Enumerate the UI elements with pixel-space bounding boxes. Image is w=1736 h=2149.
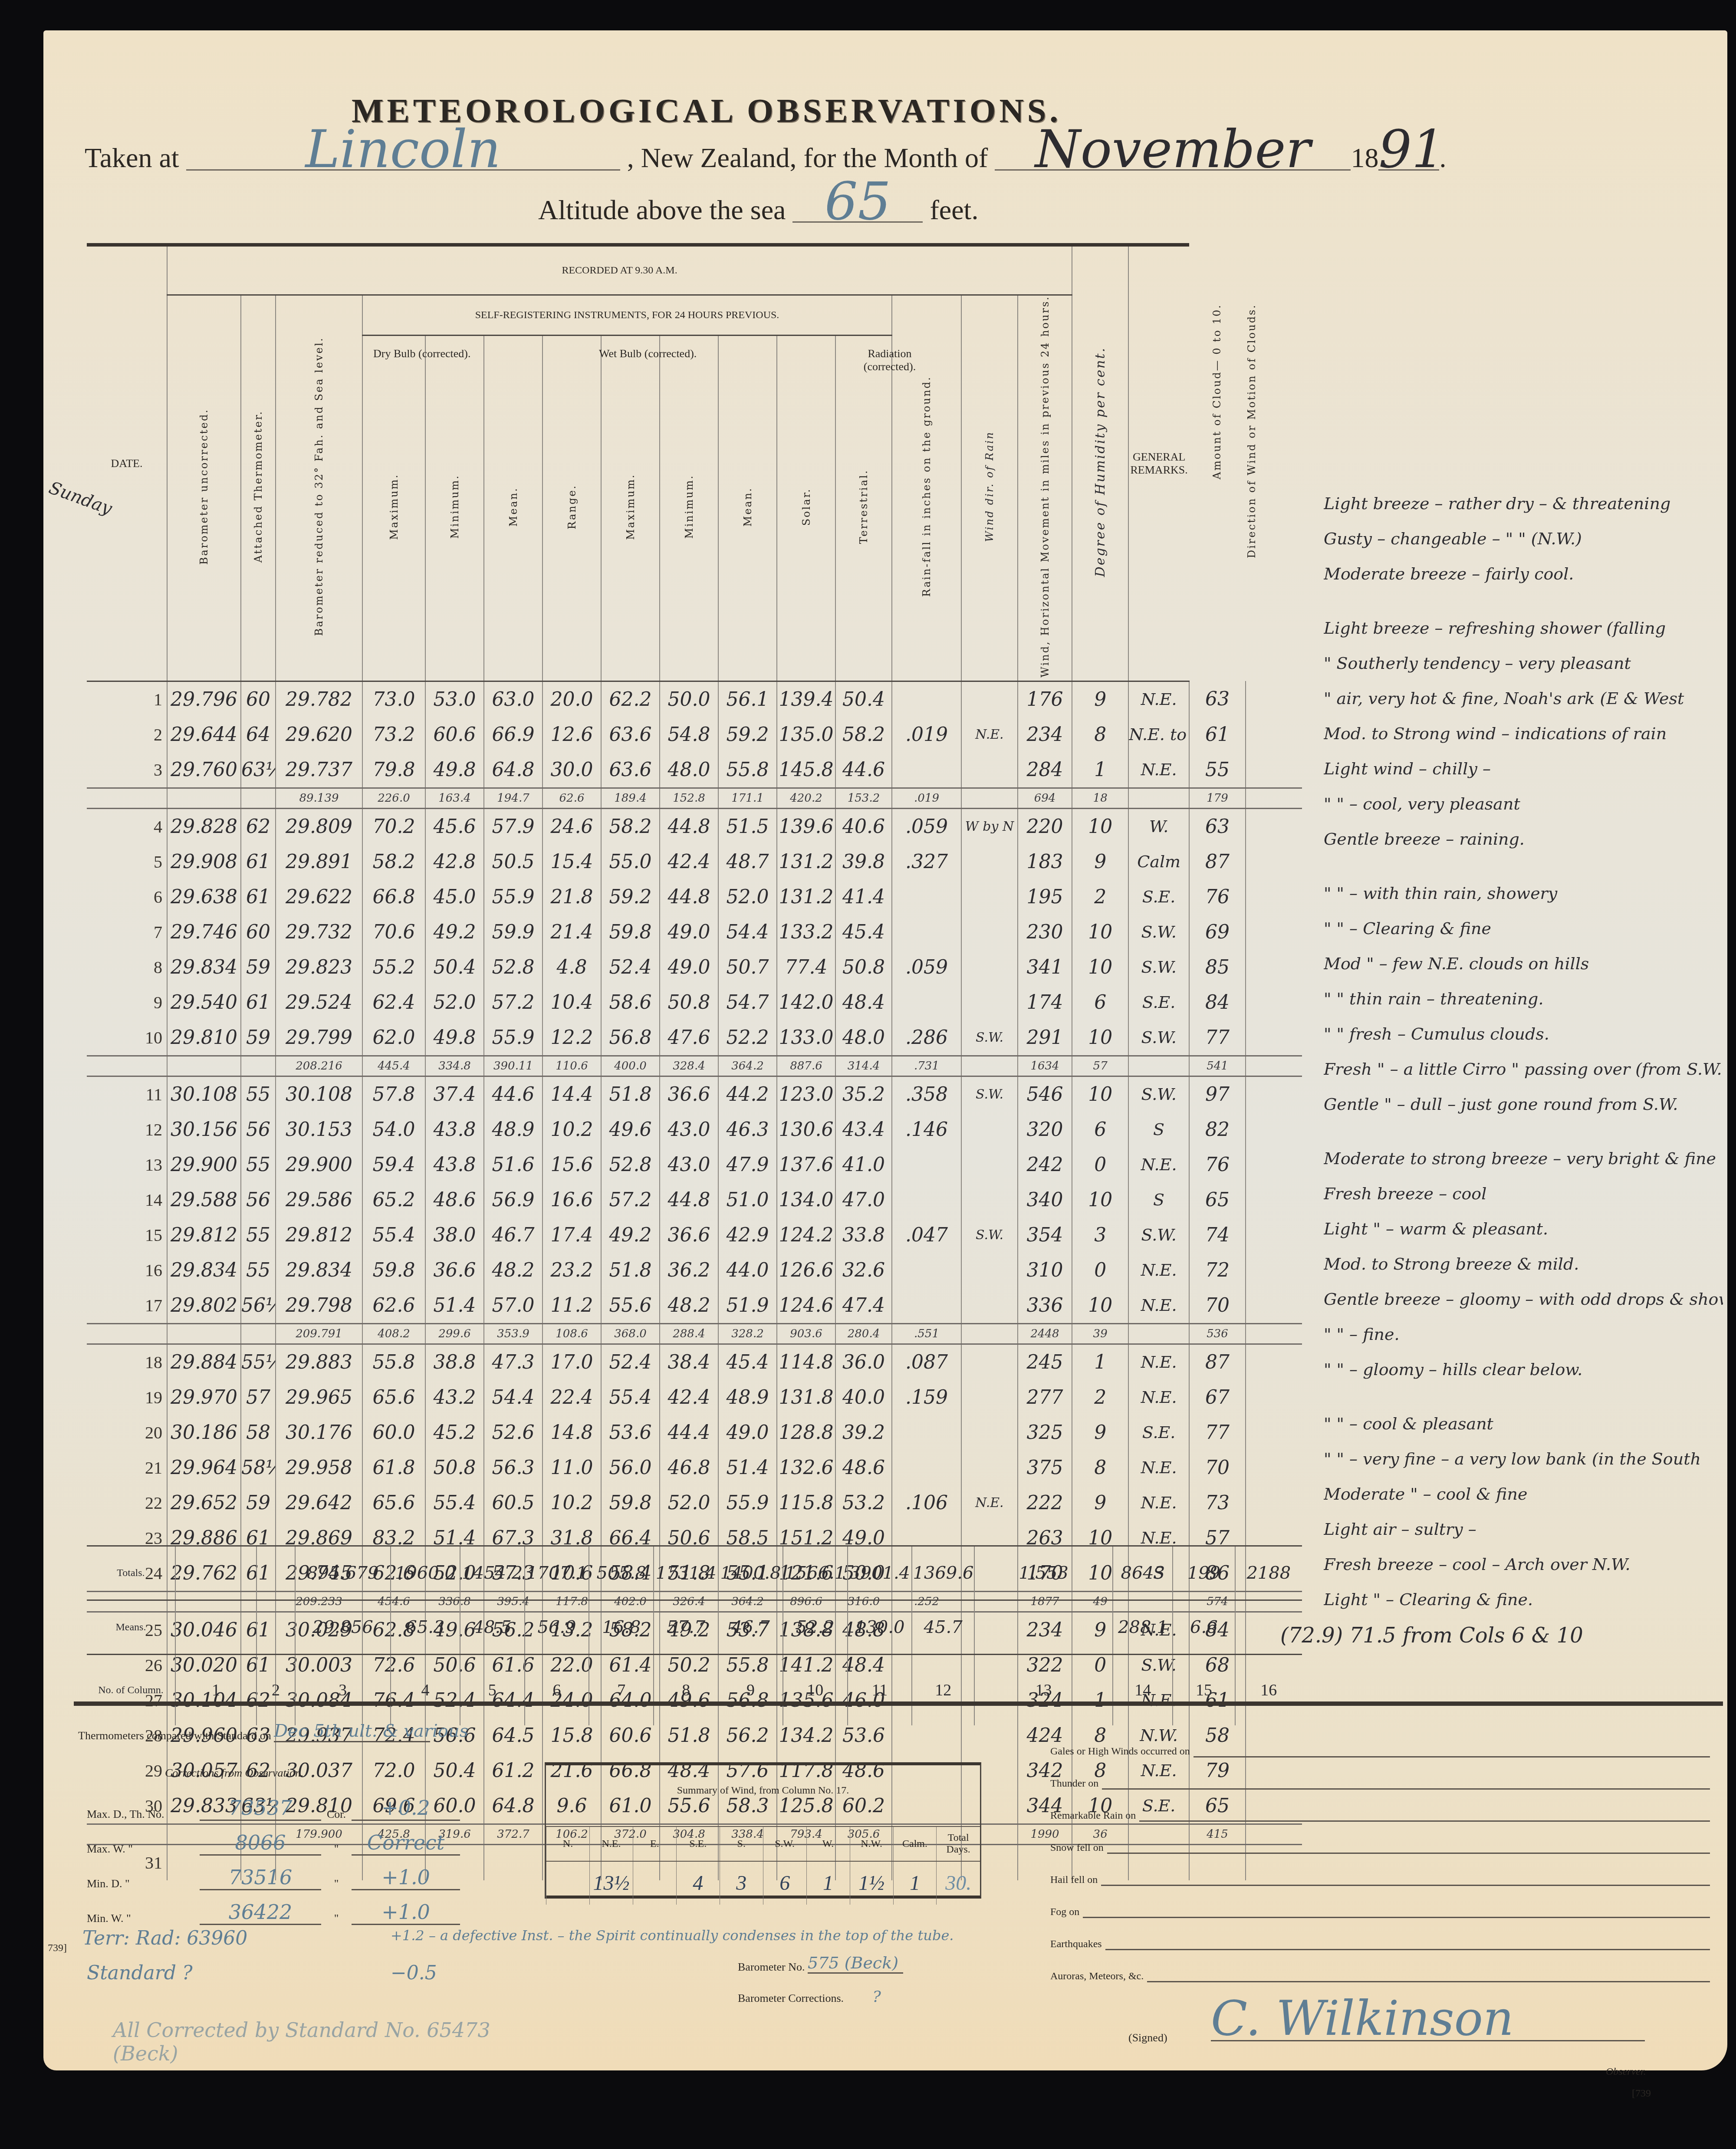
wmin-cell: 47.6 — [660, 1020, 718, 1056]
drange-cell: 14.8 — [542, 1415, 601, 1450]
subtotal-row: 89.139226.0163.4194.762.6189.4152.8171.1… — [87, 788, 1302, 808]
remark-text: Mod. to Strong wind – indications of rai… — [1324, 716, 1723, 751]
subtotal-row: 208.216445.4334.8390.11110.6400.0328.436… — [87, 1056, 1302, 1076]
wmean-cell: 50.7 — [718, 950, 777, 985]
dmean-cell: 57.0 — [484, 1288, 542, 1324]
dmin-cell: 60.6 — [425, 717, 484, 752]
table-row: 829.8345929.82355.250.452.84.852.449.050… — [87, 950, 1302, 985]
thermometer-label: Max. W. " — [87, 1843, 200, 1856]
dmin-cell: 50.4 — [425, 1753, 484, 1788]
table-row: 929.5406129.52462.452.057.210.458.650.85… — [87, 985, 1302, 1020]
dmax-cell: 445.4 — [362, 1056, 425, 1076]
red-cell: 29.732 — [276, 915, 362, 950]
table-row: 1929.9705729.96565.643.254.422.455.442.4… — [87, 1380, 1302, 1415]
thermometer-row: Max. D., Th. No.73537Cor.+0.2 — [87, 1786, 460, 1821]
rain-cell: .087 — [892, 1344, 961, 1380]
wmin-cell: 49.0 — [660, 915, 718, 950]
cloud-cell: 9 — [1072, 1485, 1128, 1520]
rainwind-cell — [961, 950, 1018, 985]
dir-cell: S.E. — [1128, 879, 1189, 915]
cor-label: " — [321, 1843, 352, 1856]
terr-cell: 43.4 — [835, 1112, 892, 1147]
dmin-cell: 52.0 — [425, 985, 484, 1020]
date-cell: 14 — [87, 1182, 167, 1218]
event-input-line[interactable] — [1083, 1916, 1710, 1918]
date-cell: 13 — [87, 1147, 167, 1182]
wmax-cell: 57.2 — [601, 1182, 660, 1218]
wind-summary-header: N.W. — [850, 1826, 893, 1861]
wmin-cell: 50.0 — [660, 681, 718, 717]
place-field[interactable]: Lincoln — [186, 130, 620, 171]
dmax-cell: 79.8 — [362, 752, 425, 788]
event-row: Hail fell on — [1050, 1854, 1710, 1886]
wmin-cell: 36.2 — [660, 1253, 718, 1288]
remark-cell — [1246, 808, 1302, 844]
signature-field[interactable]: C. Wilkinson — [1211, 1997, 1645, 2041]
wmin-cell: 44.8 — [660, 1182, 718, 1218]
dmin-cell: 53.0 — [425, 681, 484, 717]
terr-cell: 314.4 — [835, 1056, 892, 1076]
baro-cell — [167, 788, 241, 808]
solar-cell: 139.4 — [777, 681, 835, 717]
correction-field[interactable]: +1.0 — [352, 1866, 460, 1890]
miles-cell: 1634 — [1018, 1056, 1072, 1076]
att-cell: 57 — [241, 1380, 276, 1415]
radiation-group-label: Radiation (corrected). — [842, 347, 937, 373]
remark-text: " air, very hot & fine, Noah's ark (E & … — [1324, 681, 1723, 716]
remark-text: " " – very fine – a very low bank (in th… — [1324, 1441, 1723, 1477]
dmean-cell: 48.2 — [484, 1253, 542, 1288]
remark-text: Light " – Clearing & fine. — [1324, 1582, 1723, 1617]
rain-cell — [892, 985, 961, 1020]
rainwind-cell — [961, 1380, 1018, 1415]
dmin-cell: 42.8 — [425, 844, 484, 879]
event-row: Earthquakes — [1050, 1918, 1710, 1950]
wmin-cell: 54.8 — [660, 717, 718, 752]
event-label: Remarkable Rain on — [1050, 1810, 1136, 1822]
remark-cell — [1246, 1415, 1302, 1450]
cloud-cell: 10 — [1072, 950, 1128, 985]
event-input-line[interactable] — [1102, 1788, 1710, 1790]
att-cell: 62 — [241, 808, 276, 844]
all-corrected-note: All Corrected by Standard No. 65473 (Bec… — [113, 2018, 503, 2065]
form-number-right: [739 — [1632, 2088, 1651, 2100]
red-cell: 29.620 — [276, 717, 362, 752]
rainwind-cell — [961, 1415, 1018, 1450]
date-cell: 10 — [87, 1020, 167, 1056]
drange-cell: 20.0 — [542, 681, 601, 717]
dmean-cell: 55.9 — [484, 1020, 542, 1056]
wmean-cell: 47.9 — [718, 1147, 777, 1182]
cor-label: Cor. — [321, 1808, 352, 1821]
date-cell: 7 — [87, 915, 167, 950]
dmean-cell: 390.11 — [484, 1056, 542, 1076]
dir-cell: N.E. — [1128, 1485, 1189, 1520]
dmean-cell: 50.5 — [484, 844, 542, 879]
table-row: 1230.1565630.15354.043.848.910.249.643.0… — [87, 1112, 1302, 1147]
remark-text: Light wind – chilly – — [1324, 751, 1723, 787]
event-input-line[interactable] — [1105, 1948, 1710, 1950]
dmean-cell: 55.9 — [484, 879, 542, 915]
country-label: , New Zealand, for the Month of — [627, 142, 988, 173]
miles-cell: 336 — [1018, 1288, 1072, 1324]
terr-cell: 40.6 — [835, 808, 892, 844]
dry-bulb-max-header: Maximum. — [362, 336, 425, 681]
date-cell: 11 — [87, 1076, 167, 1112]
terr-cell: 36.0 — [835, 1344, 892, 1380]
rain-cell — [892, 1253, 961, 1288]
att-cell: 61 — [241, 844, 276, 879]
hum-cell: 70 — [1189, 1288, 1246, 1324]
corrections-title: Corrections from Observation. — [165, 1767, 303, 1780]
wmax-cell: 368.0 — [601, 1323, 660, 1344]
event-label: Thunder on — [1050, 1778, 1098, 1790]
dmean-cell: 54.4 — [484, 1380, 542, 1415]
drange-cell: 12.2 — [542, 1020, 601, 1056]
remark-text: " " thin rain – threatening. — [1324, 981, 1723, 1017]
wmin-cell: 44.8 — [660, 808, 718, 844]
wmin-cell: 42.4 — [660, 844, 718, 879]
dmean-cell: 353.9 — [484, 1323, 542, 1344]
date-cell: 17 — [87, 1288, 167, 1324]
dir-cell: N.E. — [1128, 752, 1189, 788]
dmin-cell: 37.4 — [425, 1076, 484, 1112]
date-cell: 9 — [87, 985, 167, 1020]
solar-cell: 77.4 — [777, 950, 835, 985]
cloud-cell: 10 — [1072, 1020, 1128, 1056]
dmax-cell: 66.8 — [362, 879, 425, 915]
solar-cell: 124.6 — [777, 1288, 835, 1324]
wind-summary-value: 13½ — [589, 1861, 633, 1905]
event-input-line[interactable] — [1193, 1756, 1710, 1757]
altitude-field[interactable]: 65 — [792, 182, 923, 223]
dmax-cell: 62.6 — [362, 1288, 425, 1324]
miles-cell: 195 — [1018, 879, 1072, 915]
hum-cell: 63 — [1189, 808, 1246, 844]
terr-cell: 45.4 — [835, 915, 892, 950]
wmean-cell: 44.2 — [718, 1076, 777, 1112]
rainwind-cell — [961, 681, 1018, 717]
wmax-cell: 58.2 — [601, 808, 660, 844]
dir-cell: S.W. — [1128, 1020, 1189, 1056]
wmax-cell: 53.6 — [601, 1415, 660, 1450]
drange-cell: 15.4 — [542, 844, 601, 879]
remark-text: Fresh " – a little Cirro " passing over … — [1324, 1052, 1723, 1087]
self-registering-header: SELF-REGISTERING INSTRUMENTS, FOR 24 HOU… — [362, 295, 892, 336]
remark-cell — [1246, 752, 1302, 788]
dmean-cell: 64.8 — [484, 752, 542, 788]
thermometer-number-field[interactable]: 8066 — [200, 1831, 321, 1856]
wmax-cell: 59.2 — [601, 879, 660, 915]
event-input-line[interactable] — [1107, 1852, 1710, 1854]
baro-cell: 29.760 — [167, 752, 241, 788]
wmin-cell: 43.0 — [660, 1112, 718, 1147]
rainwind-cell — [961, 985, 1018, 1020]
terr-cell: 58.2 — [835, 717, 892, 752]
wmin-cell: 42.4 — [660, 1380, 718, 1415]
rain-cell: .106 — [892, 1485, 961, 1520]
baro-cell: 29.644 — [167, 717, 241, 752]
dmean-cell: 56.3 — [484, 1450, 542, 1485]
dmin-cell: 43.8 — [425, 1147, 484, 1182]
dmean-cell: 47.3 — [484, 1344, 542, 1380]
hum-cell: 69 — [1189, 915, 1246, 950]
red-cell: 208.216 — [276, 1056, 362, 1076]
red-cell: 29.524 — [276, 985, 362, 1020]
red-cell: 29.958 — [276, 1450, 362, 1485]
red-cell: 29.812 — [276, 1218, 362, 1253]
baro-cell: 29.828 — [167, 808, 241, 844]
baro-cell: 29.970 — [167, 1380, 241, 1415]
table-row: 2030.1865830.17660.045.252.614.853.644.4… — [87, 1415, 1302, 1450]
dmean-cell — [484, 1844, 542, 1880]
wmean-cell: 48.7 — [718, 844, 777, 879]
rain-cell — [892, 915, 961, 950]
event-input-line[interactable] — [1139, 1820, 1710, 1822]
dry-bulb-range-header: Range. — [542, 336, 601, 681]
wmean-cell: 328.2 — [718, 1323, 777, 1344]
event-label: Fog on — [1050, 1906, 1079, 1918]
barometer-number-field[interactable]: 575 (Beck) — [808, 1953, 903, 1974]
miles-cell: 310 — [1018, 1253, 1072, 1288]
event-input-line[interactable] — [1101, 1884, 1710, 1886]
table-row: 1829.88455½29.88355.838.847.317.052.438.… — [87, 1344, 1302, 1380]
correction-field[interactable]: +0.2 — [352, 1796, 460, 1821]
wind-summary-value: 1 — [893, 1861, 937, 1905]
cloud-cell: 39 — [1072, 1323, 1128, 1344]
solar-cell: 131.8 — [777, 1380, 835, 1415]
table-row: 1429.5885629.58665.248.656.916.657.244.8… — [87, 1182, 1302, 1218]
table-row: 329.76063½29.73779.849.864.830.063.648.0… — [87, 752, 1302, 788]
wind-summary-value: 1 — [806, 1861, 850, 1905]
wmax-cell: 55.6 — [601, 1288, 660, 1324]
att-cell: 59 — [241, 1020, 276, 1056]
drange-cell: 17.0 — [542, 1344, 601, 1380]
table-row: 1529.8125529.81255.438.046.717.449.236.6… — [87, 1218, 1302, 1253]
att-cell: 58½ — [241, 1450, 276, 1485]
wmax-cell: 55.0 — [601, 844, 660, 879]
thermometer-label: Min. W. " — [87, 1912, 200, 1925]
correction-field[interactable]: Correct — [352, 1831, 460, 1856]
remark-text: " Southerly tendency – very pleasant — [1324, 646, 1723, 681]
remark-cell — [1246, 681, 1302, 717]
event-row: Snow fell on — [1050, 1822, 1710, 1854]
baro-cell: 29.884 — [167, 1344, 241, 1380]
wmean-cell: 49.0 — [718, 1415, 777, 1450]
rainwind-cell — [961, 1323, 1018, 1344]
event-label: Auroras, Meteors, &c. — [1050, 1971, 1144, 1982]
terr-cell: 50.8 — [835, 950, 892, 985]
wmax-cell: 63.6 — [601, 717, 660, 752]
hum-cell: 87 — [1189, 1344, 1246, 1380]
general-remarks-column: Light breeze – rather dry – & threatenin… — [1324, 486, 1723, 1672]
wmin-cell: 48.2 — [660, 1288, 718, 1324]
form-number-left: 739] — [48, 1942, 67, 1954]
wmax-cell: 49.2 — [601, 1218, 660, 1253]
thermometer-number-field[interactable]: 73537 — [200, 1796, 321, 1821]
wmean-cell: 52.2 — [718, 1020, 777, 1056]
compared-date-field[interactable]: Dec 5th ult. & various — [274, 1721, 430, 1742]
thermometer-number-field[interactable]: 36422 — [200, 1900, 321, 1925]
thermometer-number-field[interactable]: 73516 — [200, 1866, 321, 1890]
remark-cell — [1246, 1020, 1302, 1056]
solar-cell: 135.0 — [777, 717, 835, 752]
date-cell: 20 — [87, 1415, 167, 1450]
rain-wind-header: Wind dir. of Rain — [961, 295, 1018, 681]
wmean-cell: 55.9 — [718, 1485, 777, 1520]
dmax-cell: 408.2 — [362, 1323, 425, 1344]
miles-cell: 220 — [1018, 808, 1072, 844]
thermometers-compared: Thermometers compared with Standard on D… — [78, 1721, 430, 1742]
terr-cell: 35.2 — [835, 1076, 892, 1112]
table-row: 629.6386129.62266.845.055.921.859.244.85… — [87, 879, 1302, 915]
dry-bulb-min-header: Minimum. — [425, 336, 484, 681]
remark-cell — [1246, 1288, 1302, 1324]
baro-cell: 29.652 — [167, 1485, 241, 1520]
wind-summary-header: S. — [720, 1826, 763, 1861]
wmax-cell: 52.4 — [601, 950, 660, 985]
year-field[interactable]: 91 — [1378, 130, 1439, 171]
date-cell: 12 — [87, 1112, 167, 1147]
dmax-cell: 61.8 — [362, 1450, 425, 1485]
wmean-cell: 55.8 — [718, 752, 777, 788]
red-cell: 30.108 — [276, 1076, 362, 1112]
drange-cell: 21.4 — [542, 915, 601, 950]
dir-cell — [1128, 1323, 1189, 1344]
hum-cell: 65 — [1189, 1182, 1246, 1218]
wmean-cell: 51.9 — [718, 1288, 777, 1324]
dmin-cell: 50.4 — [425, 950, 484, 985]
dmean-cell: 48.9 — [484, 1112, 542, 1147]
date-cell: 16 — [87, 1253, 167, 1288]
wmin-cell: 152.8 — [660, 788, 718, 808]
drange-cell: 10.4 — [542, 985, 601, 1020]
remark-text: " " – gloomy – hills clear below. — [1324, 1352, 1723, 1387]
cloud-cell: 3 — [1072, 1218, 1128, 1253]
solar-cell: 142.0 — [777, 985, 835, 1020]
wmin-cell: 288.4 — [660, 1323, 718, 1344]
remark-cell — [1246, 1344, 1302, 1380]
barometer-corrections-field[interactable]: ? — [873, 1988, 881, 2006]
hum-cell: 55 — [1189, 752, 1246, 788]
terr-cell: 47.0 — [835, 1182, 892, 1218]
cloud-cell: 6 — [1072, 1112, 1128, 1147]
dry-bulb-mean-header: Mean. — [484, 336, 542, 681]
rainwind-cell — [961, 1112, 1018, 1147]
red-cell: 29.823 — [276, 950, 362, 985]
table-row: 129.7966029.78273.053.063.020.062.250.05… — [87, 681, 1302, 717]
observer-label: Observer. — [1606, 2066, 1646, 2078]
dmax-cell: 55.8 — [362, 1344, 425, 1380]
table-row: 1130.1085530.10857.837.444.614.451.836.6… — [87, 1076, 1302, 1112]
date-cell: 4 — [87, 808, 167, 844]
solar-cell: 133.2 — [777, 915, 835, 950]
remark-text — [1324, 1617, 1723, 1636]
red-cell: 29.883 — [276, 1344, 362, 1380]
terr-cell: 39.2 — [835, 1415, 892, 1450]
table-row: 1629.8345529.83459.836.648.223.251.836.2… — [87, 1253, 1302, 1288]
dir-cell: S.E. — [1128, 985, 1189, 1020]
drange-cell: 4.8 — [542, 950, 601, 985]
baro-cell: 29.796 — [167, 681, 241, 717]
dir-cell: S.E. — [1128, 1415, 1189, 1450]
att-cell: 56 — [241, 1112, 276, 1147]
hum-cell: 61 — [1189, 717, 1246, 752]
drange-cell: 30.0 — [542, 752, 601, 788]
dir-cell: S.W. — [1128, 915, 1189, 950]
baro-cell: 30.186 — [167, 1415, 241, 1450]
miles-cell: 354 — [1018, 1218, 1072, 1253]
wind-summary-table: N.N.E.E.S.E.S.S.W.W.N.W.Calm.Total Days.… — [546, 1826, 980, 1905]
rain-cell: .327 — [892, 844, 961, 879]
wmean-cell: 46.3 — [718, 1112, 777, 1147]
terr-cell: 47.4 — [835, 1288, 892, 1324]
baro-cell: 29.802 — [167, 1288, 241, 1324]
wet-bulb-min-header: Minimum. — [660, 336, 718, 681]
wmin-cell: 38.4 — [660, 1344, 718, 1380]
location-line: Taken at Lincoln , New Zealand, for the … — [85, 130, 1446, 174]
terr-cell: 53.2 — [835, 1485, 892, 1520]
solar-cell: 139.6 — [777, 808, 835, 844]
month-field[interactable]: November — [995, 130, 1351, 171]
solar-cell: 133.0 — [777, 1020, 835, 1056]
event-input-line[interactable] — [1147, 1981, 1710, 1982]
wind-summary-value — [633, 1861, 676, 1905]
date-cell — [87, 788, 167, 808]
miles-cell: 320 — [1018, 1112, 1072, 1147]
wind-summary-header: N. — [546, 1826, 590, 1861]
wmax-cell: 59.8 — [601, 1485, 660, 1520]
miles-cell: 284 — [1018, 752, 1072, 788]
dmin-cell: 51.4 — [425, 1288, 484, 1324]
wmax-cell: 56.0 — [601, 1450, 660, 1485]
remark-cell — [1246, 1218, 1302, 1253]
dir-cell: S — [1128, 1112, 1189, 1147]
baro-cell: 29.810 — [167, 1020, 241, 1056]
wmax-cell: 52.4 — [601, 1344, 660, 1380]
hum-cell: 541 — [1189, 1056, 1246, 1076]
rainwind-cell — [961, 844, 1018, 879]
table-row: 529.9086129.89158.242.850.515.455.042.44… — [87, 844, 1302, 879]
red-cell: 29.900 — [276, 1147, 362, 1182]
dmin-cell: 50.8 — [425, 1450, 484, 1485]
date-cell: 19 — [87, 1380, 167, 1415]
miles-cell: 694 — [1018, 788, 1072, 808]
year-prefix: 18 — [1351, 142, 1378, 173]
table-row: 429.8286229.80970.245.657.924.658.244.85… — [87, 808, 1302, 844]
dir-cell: W. — [1128, 808, 1189, 844]
dmax-cell: 226.0 — [362, 788, 425, 808]
cloud-cell: 1 — [1072, 752, 1128, 788]
att-cell: 59 — [241, 1485, 276, 1520]
subtotal-row: 209.791408.2299.6353.9108.6368.0288.4328… — [87, 1323, 1302, 1344]
date-cell: 1 — [87, 681, 167, 717]
baro-cell: 29.540 — [167, 985, 241, 1020]
correction-field[interactable]: +1.0 — [352, 1900, 460, 1925]
table-row: 729.7466029.73270.649.259.921.459.849.05… — [87, 915, 1302, 950]
remark-cell — [1246, 950, 1302, 985]
dmax-cell: 58.2 — [362, 844, 425, 879]
wind-summary-title: Summary of Wind, from Column No. 17. — [546, 1765, 980, 1826]
event-row: Auroras, Meteors, &c. — [1050, 1950, 1710, 1982]
rain-cell — [892, 752, 961, 788]
remark-cell — [1246, 844, 1302, 879]
remark-text: " " – with thin rain, showery — [1324, 876, 1723, 911]
dmax-cell: 65.2 — [362, 1182, 425, 1218]
date-cell: 15 — [87, 1218, 167, 1253]
att-cell — [241, 788, 276, 808]
dmin-cell: 45.0 — [425, 879, 484, 915]
